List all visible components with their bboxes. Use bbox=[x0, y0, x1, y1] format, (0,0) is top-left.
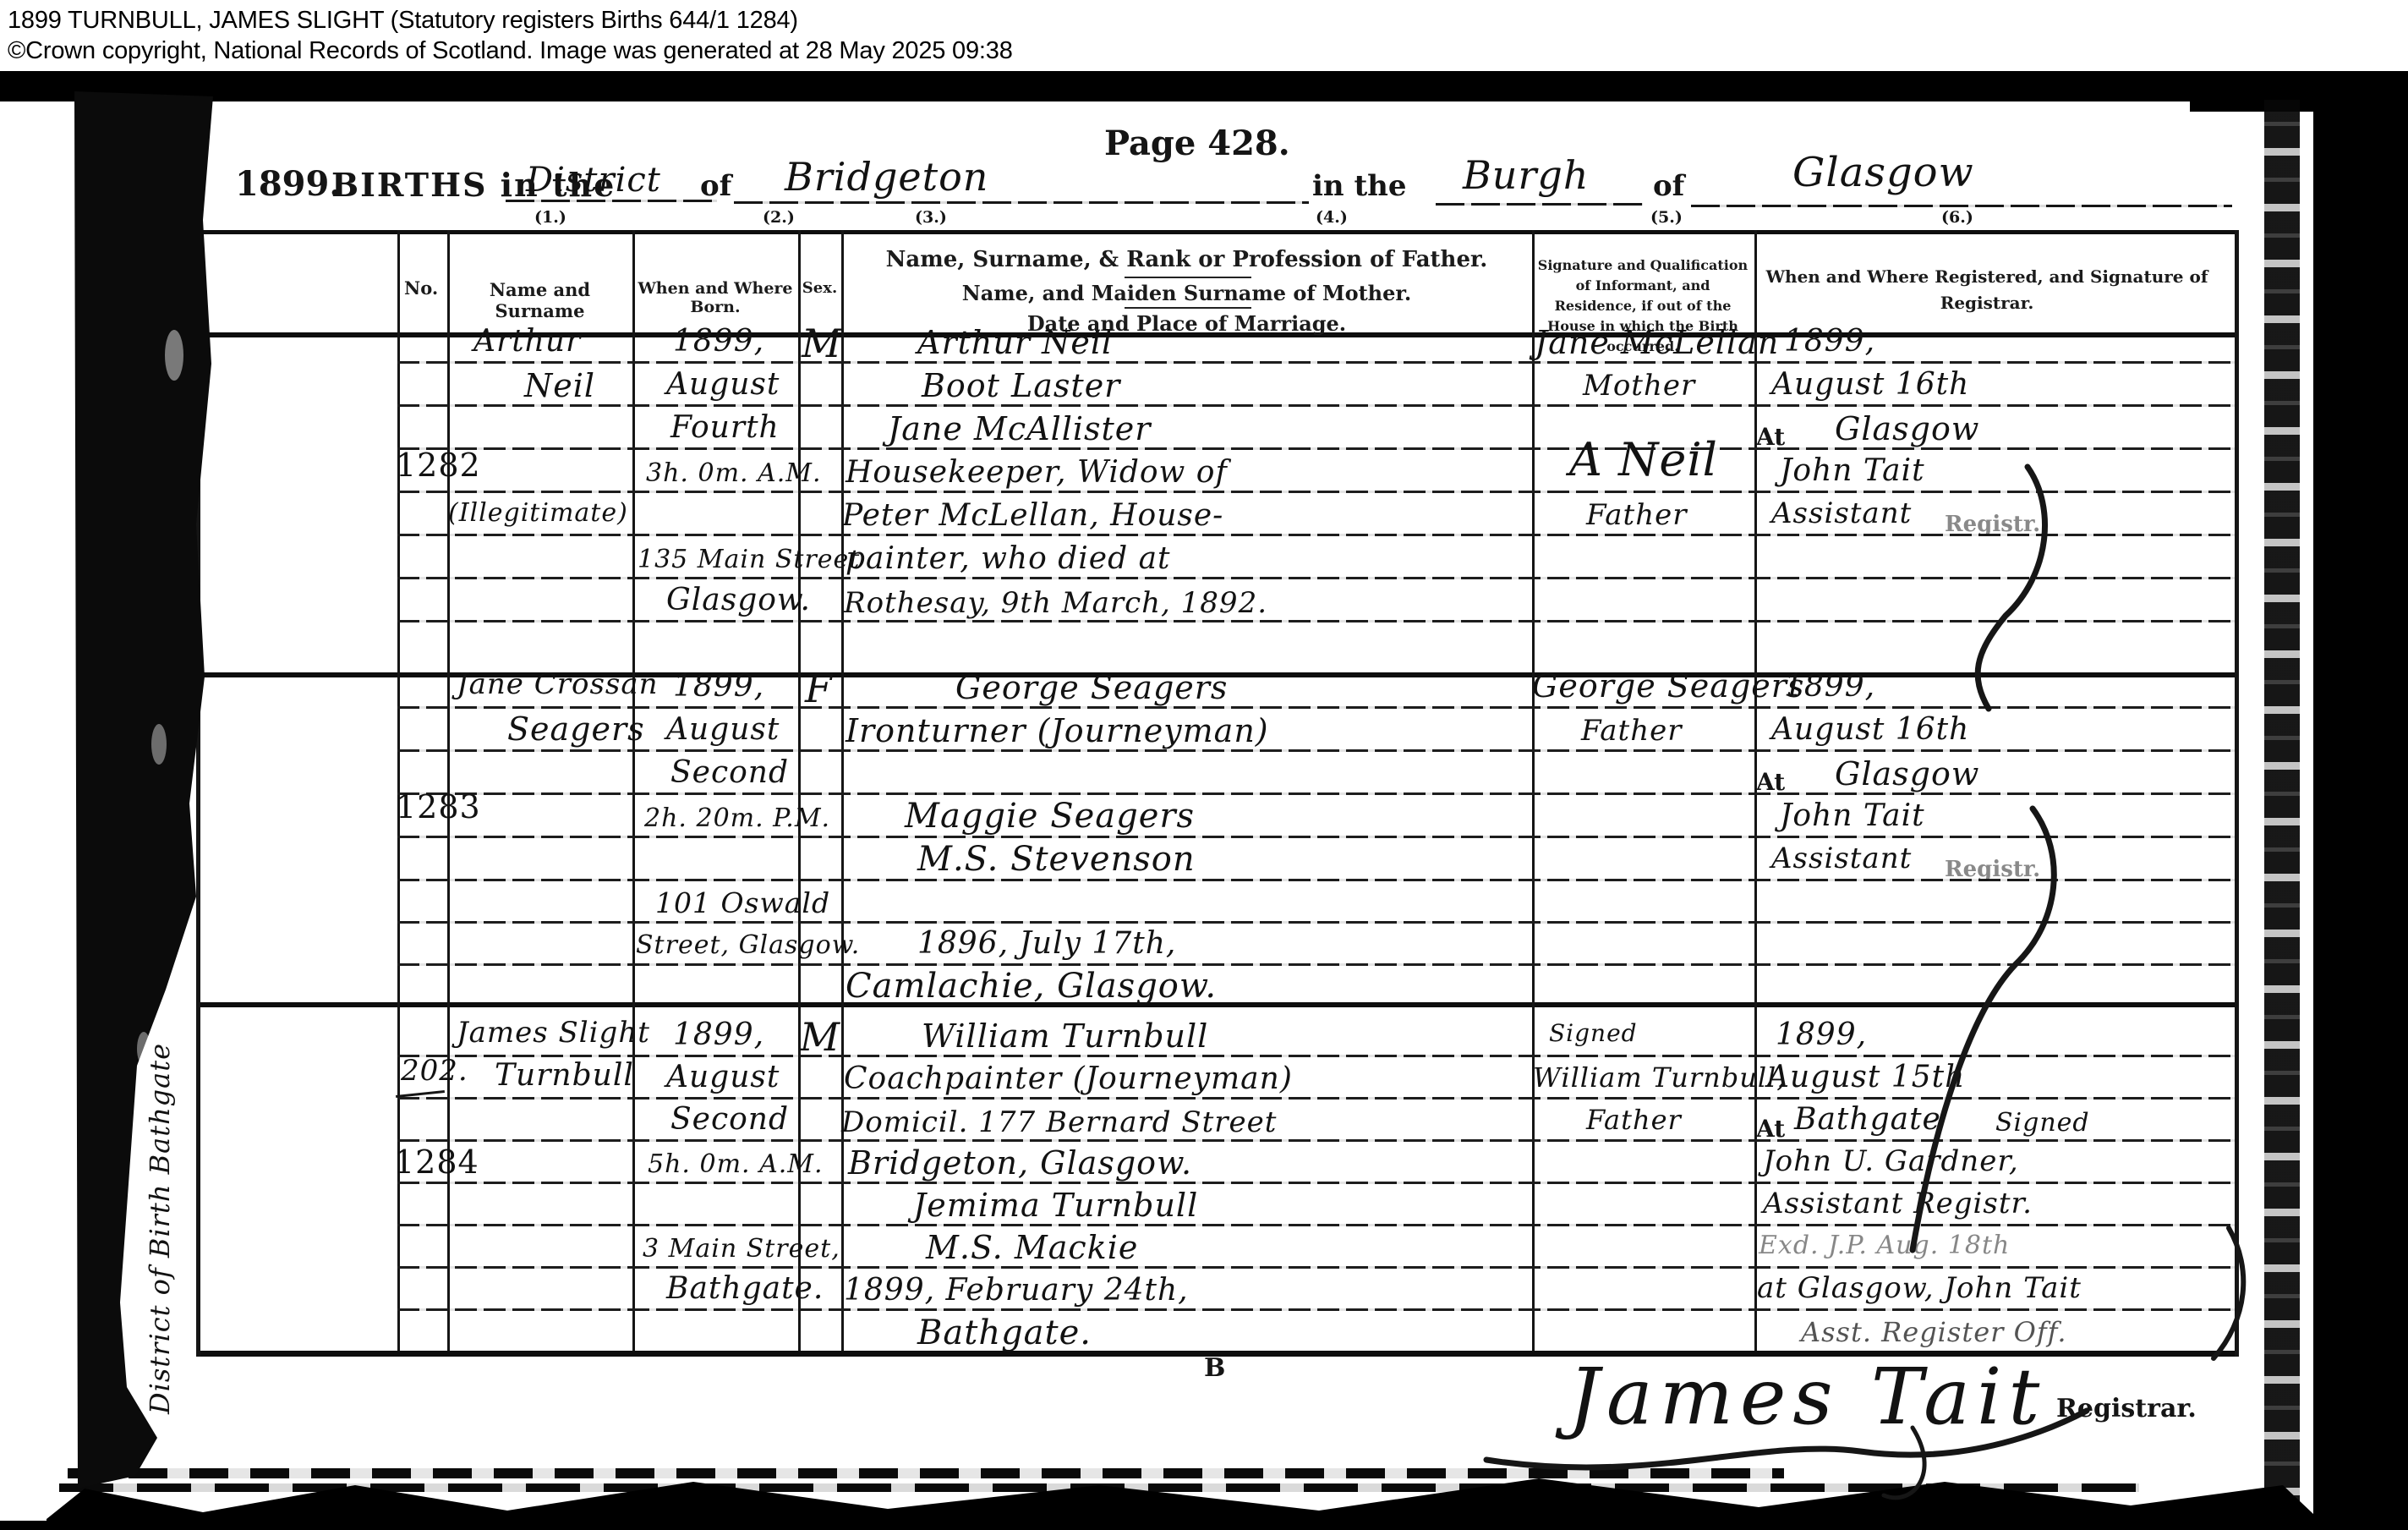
table-border-right bbox=[2235, 230, 2239, 1357]
header-divider bbox=[1125, 307, 1251, 309]
registered-signed-note: Signed bbox=[1995, 1108, 2090, 1138]
sex-value: F bbox=[805, 666, 833, 711]
column-ref-4: (4.) bbox=[1316, 208, 1348, 227]
registrar-label: Registrar. bbox=[2056, 1394, 2197, 1423]
registrar-title: Assistant bbox=[1771, 496, 1912, 530]
column-ref-2: (2.) bbox=[763, 208, 795, 227]
born-line: 5h. 0m. A.M. bbox=[648, 1149, 824, 1179]
born-line: 3 Main Street, bbox=[643, 1234, 840, 1264]
table-border-left bbox=[196, 230, 200, 1357]
header-divider bbox=[1125, 277, 1251, 278]
informant-qualification: Father bbox=[1586, 498, 1688, 532]
ruled-line bbox=[397, 361, 2235, 364]
title-blank-underline bbox=[1436, 203, 1643, 206]
at-label: At bbox=[1756, 1115, 1785, 1143]
sex-value: M bbox=[800, 1014, 840, 1060]
column-ref-1: (1.) bbox=[534, 208, 566, 227]
header-no: No. bbox=[404, 277, 438, 299]
father-domicile-2: Bridgeton, Glasgow. bbox=[848, 1144, 1192, 1182]
marriage-date: 1899, February 24th, bbox=[844, 1273, 1189, 1308]
born-line: August bbox=[666, 367, 780, 402]
registered-note: Asst. Register Off. bbox=[1801, 1316, 2067, 1348]
at-label: At bbox=[1756, 423, 1785, 451]
scan-edge-top bbox=[0, 71, 2408, 101]
entry-number: 1284 bbox=[394, 1143, 479, 1181]
born-line: 135 Main Street bbox=[638, 545, 860, 574]
title-of-1: of bbox=[700, 169, 731, 203]
marriage-place: Camlachie, Glasgow. bbox=[846, 967, 1217, 1006]
header-name: Name and Surname bbox=[447, 279, 632, 321]
ruled-line bbox=[397, 963, 2235, 966]
ruled-line bbox=[397, 1055, 2235, 1057]
born-line: August bbox=[666, 712, 780, 747]
born-line: August bbox=[666, 1060, 780, 1094]
title-year: 1899. bbox=[235, 164, 341, 204]
record-title: 1899 TURNBULL, JAMES SLIGHT (Statutory r… bbox=[8, 7, 798, 35]
registered-place: Glasgow bbox=[1835, 410, 1979, 447]
record-viewer-screenshot: 1899 TURNBULL, JAMES SLIGHT (Statutory r… bbox=[0, 0, 2408, 1530]
column-ref-6: (6.) bbox=[1941, 208, 1973, 227]
child-surname: Neil bbox=[524, 367, 595, 404]
page-number: Page 428. bbox=[1104, 123, 1290, 163]
copyright-line: ©Crown copyright, National Records of Sc… bbox=[8, 37, 1013, 65]
title-burgh-name: Glasgow bbox=[1792, 149, 1974, 196]
parents-line: Housekeeper, Widow of bbox=[846, 455, 1228, 490]
ruled-line bbox=[397, 577, 2235, 579]
registrar-signature: John Tait bbox=[1780, 453, 1925, 488]
born-line: 3h. 0m. A.M. bbox=[646, 458, 822, 488]
title-in-the: in the bbox=[1312, 169, 1407, 203]
child-surname: Turnbull bbox=[495, 1058, 634, 1093]
ruled-line bbox=[397, 491, 2235, 493]
child-forename: Jane Crossan bbox=[457, 667, 659, 701]
scan-edge-bottom-dashes-2 bbox=[59, 1483, 2139, 1492]
header-sex: Sex. bbox=[798, 279, 841, 297]
entry-separator bbox=[196, 1002, 2239, 1007]
scan-edge-bottom bbox=[0, 1521, 2408, 1530]
registered-place: Glasgow bbox=[1835, 755, 1979, 792]
father-occupation: Boot Laster bbox=[922, 367, 1120, 404]
mother-name: Maggie Seagers bbox=[905, 797, 1195, 836]
registered-line: 1899, bbox=[1784, 669, 1875, 704]
parents-line: Peter McLellan, House- bbox=[842, 498, 1223, 533]
registrar-page-signature: James Tait bbox=[1568, 1352, 2046, 1442]
ruled-line bbox=[397, 447, 2235, 450]
margin-note: District of Birth Bathgate bbox=[144, 1043, 176, 1414]
informant-signature: George Seagers bbox=[1532, 667, 1804, 705]
header-father: Name, Surname, & Rank or Profession of F… bbox=[841, 247, 1532, 272]
father-name: George Seagers bbox=[955, 669, 1228, 706]
header-registered: When and Where Registered, and Signature… bbox=[1759, 264, 2215, 316]
ruled-line bbox=[397, 404, 2235, 407]
marriage-place: Bathgate. bbox=[917, 1313, 1092, 1352]
scan-edge-right bbox=[2313, 71, 2408, 1530]
registrar-flourish-3 bbox=[2214, 1228, 2243, 1358]
father-occupation: Ironturner (Journeyman) bbox=[846, 712, 1269, 749]
informant-signature: A Neil bbox=[1569, 433, 1718, 486]
ruled-line bbox=[397, 1139, 2235, 1142]
father-occupation: Coachpainter (Journeyman) bbox=[844, 1061, 1293, 1096]
parents-line: Rothesay, 9th March, 1892. bbox=[844, 586, 1267, 620]
entry-number-prefix: 202. bbox=[401, 1054, 468, 1088]
parents-line: painter, who died at bbox=[846, 541, 1171, 576]
registrar-print-label: Registr. bbox=[1945, 512, 2040, 537]
registered-place: Bathgate bbox=[1794, 1102, 1941, 1137]
registrar-signature: John U. Gardner, bbox=[1763, 1144, 2019, 1178]
informant-qualification: Mother bbox=[1583, 369, 1695, 403]
born-line: 1899, bbox=[673, 324, 764, 359]
born-line: 1899, bbox=[673, 1017, 764, 1052]
child-surname: Seagers bbox=[507, 710, 645, 748]
born-line: 2h. 20m. P.M. bbox=[644, 803, 830, 833]
born-line: Second bbox=[670, 755, 789, 790]
at-label: At bbox=[1756, 768, 1785, 796]
mother-maiden-name: M.S. Stevenson bbox=[917, 840, 1196, 879]
table-border-top bbox=[196, 230, 2239, 234]
ruled-line bbox=[397, 1182, 2235, 1184]
registrar-title: Assistant Registr. bbox=[1763, 1187, 2033, 1220]
ruled-line bbox=[397, 1266, 2235, 1269]
registered-line: 1899, bbox=[1784, 324, 1875, 359]
mother-name: Jane McAllister bbox=[888, 410, 1151, 447]
title-district-name: Bridgeton bbox=[785, 154, 988, 200]
title-blank-underline bbox=[506, 200, 717, 202]
illegitimate-note: (Illegitimate) bbox=[448, 498, 628, 528]
born-line: Street, Glasgow. bbox=[636, 930, 860, 960]
informant-signature: Jane McLellan bbox=[1535, 324, 1779, 361]
sex-value: M bbox=[802, 321, 842, 366]
born-line: 101 Oswald bbox=[655, 886, 830, 919]
registered-line: August 16th bbox=[1771, 712, 1969, 747]
registered-line: August 16th bbox=[1771, 367, 1969, 402]
registered-note: Exd. J.P. Aug. 18th bbox=[1759, 1231, 2010, 1260]
ruled-line bbox=[397, 1224, 2235, 1226]
father-name: Arthur Neil bbox=[917, 324, 1113, 361]
column-ref-5: (5.) bbox=[1650, 208, 1683, 227]
registrar-print-label: Registr. bbox=[1945, 857, 2040, 882]
sheet-mark: B bbox=[1204, 1353, 1225, 1383]
registered-note: at Glasgow, John Tait bbox=[1757, 1271, 2082, 1305]
ruled-line bbox=[397, 1097, 2235, 1100]
informant-signature: William Turnbull, bbox=[1533, 1061, 1786, 1094]
father-domicile: Domicil. 177 Bernard Street bbox=[841, 1105, 1277, 1139]
registrar-signature: John Tait bbox=[1780, 798, 1925, 833]
born-line: Second bbox=[670, 1102, 789, 1137]
entry-number: 1283 bbox=[396, 788, 481, 825]
viewer-header: 1899 TURNBULL, JAMES SLIGHT (Statutory r… bbox=[0, 0, 2408, 71]
ruled-line bbox=[397, 792, 2235, 795]
ruled-line bbox=[397, 921, 2235, 924]
header-mother: Name, and Maiden Surname of Mother. bbox=[841, 281, 1532, 305]
ruled-line bbox=[397, 706, 2235, 709]
scan-edge-bottom-dashes bbox=[68, 1468, 1784, 1478]
mother-maiden-name: M.S. Mackie bbox=[926, 1229, 1138, 1266]
title-blank-underline bbox=[734, 201, 1309, 204]
born-line: Glasgow. bbox=[666, 583, 811, 617]
child-forename: James Slight bbox=[457, 1016, 650, 1050]
header-born: When and Where Born. bbox=[632, 279, 798, 316]
child-forename: Arthur bbox=[473, 324, 581, 359]
entry-number: 1282 bbox=[396, 447, 481, 484]
ruled-line bbox=[397, 749, 2235, 752]
born-line: Bathgate. bbox=[666, 1271, 824, 1306]
column-ref-3: (3.) bbox=[915, 208, 947, 227]
informant-qualification: Father bbox=[1581, 714, 1683, 748]
ruled-line bbox=[397, 620, 2235, 622]
scan-edge-right-speckle bbox=[2264, 100, 2300, 1521]
title-of-2: of bbox=[1653, 169, 1684, 203]
title-burgh-word: Burgh bbox=[1463, 152, 1590, 198]
registered-line: August 15th bbox=[1767, 1060, 1965, 1094]
registrar-title: Assistant bbox=[1771, 842, 1912, 875]
marriage-date: 1896, July 17th, bbox=[917, 926, 1176, 961]
title-blank-underline bbox=[1691, 205, 2232, 207]
informant-signed-note: Signed bbox=[1549, 1019, 1638, 1047]
registered-line: 1899, bbox=[1776, 1017, 1867, 1052]
born-line: Fourth bbox=[670, 410, 780, 445]
mother-name: Jemima Turnbull bbox=[913, 1187, 1198, 1224]
informant-qualification: Father bbox=[1586, 1104, 1682, 1136]
father-name: William Turnbull bbox=[922, 1017, 1208, 1055]
ruled-line bbox=[397, 1308, 2235, 1311]
born-line: 1899, bbox=[673, 669, 764, 704]
ruled-line bbox=[397, 836, 2235, 838]
title-district-word: District bbox=[526, 161, 661, 200]
